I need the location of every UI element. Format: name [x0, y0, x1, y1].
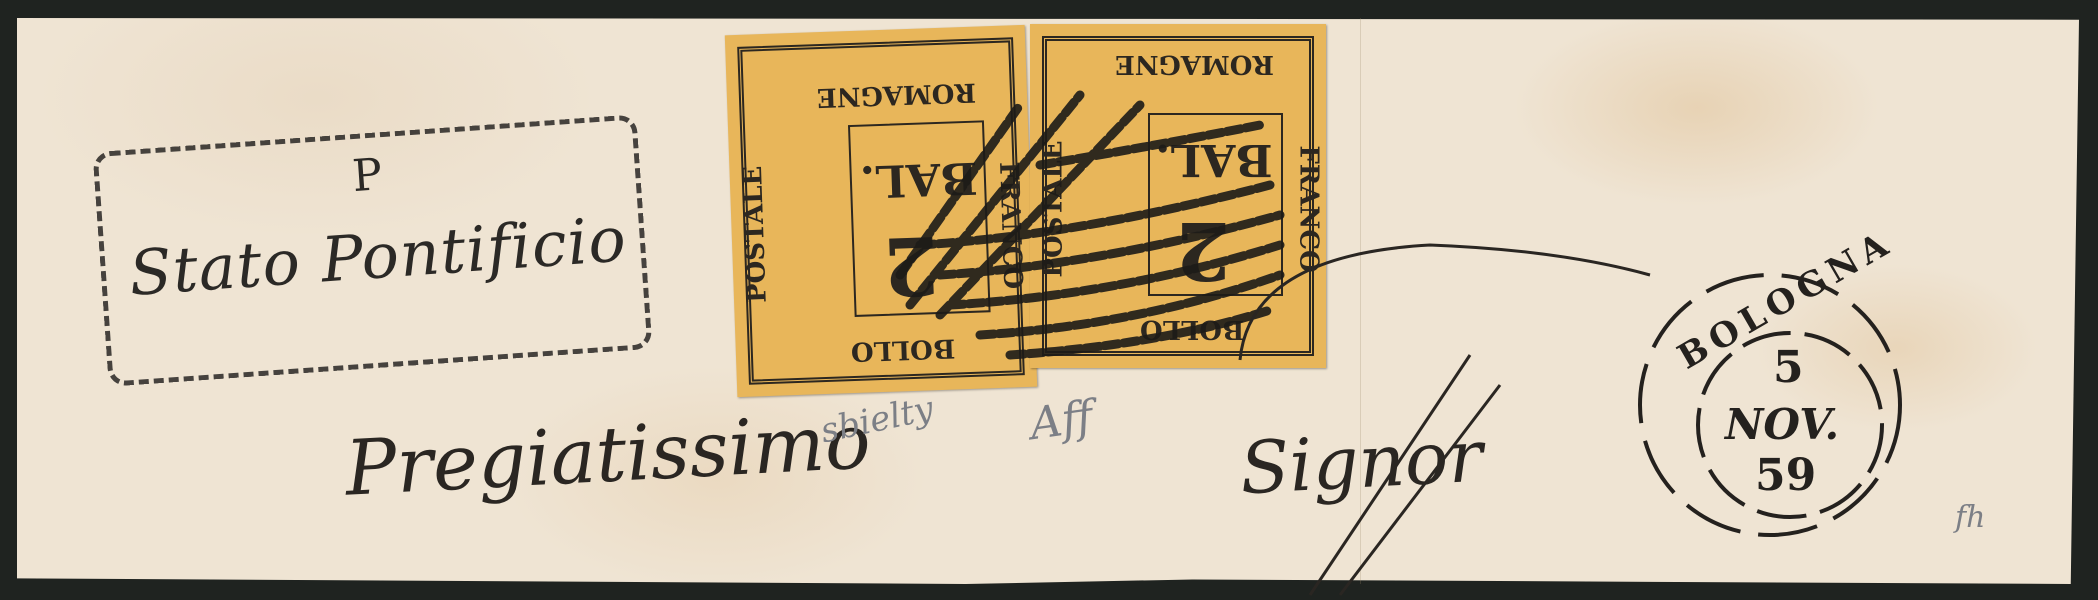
stato-pontificio-handstamp: P Stato Pontificio: [92, 114, 652, 386]
datestamp-month: NOV.: [1725, 400, 1839, 449]
datestamp-year: 59: [1755, 450, 1816, 501]
stamp-left-text: POSTALE: [738, 165, 773, 303]
manuscript-flourishes: [1230, 235, 1730, 600]
handstamp-text: Stato Pontificio: [123, 202, 632, 310]
pencil-signature: fh: [1955, 500, 1985, 535]
datestamp-day: 5: [1773, 342, 1804, 393]
pencil-note-2: Aff: [1027, 391, 1096, 450]
